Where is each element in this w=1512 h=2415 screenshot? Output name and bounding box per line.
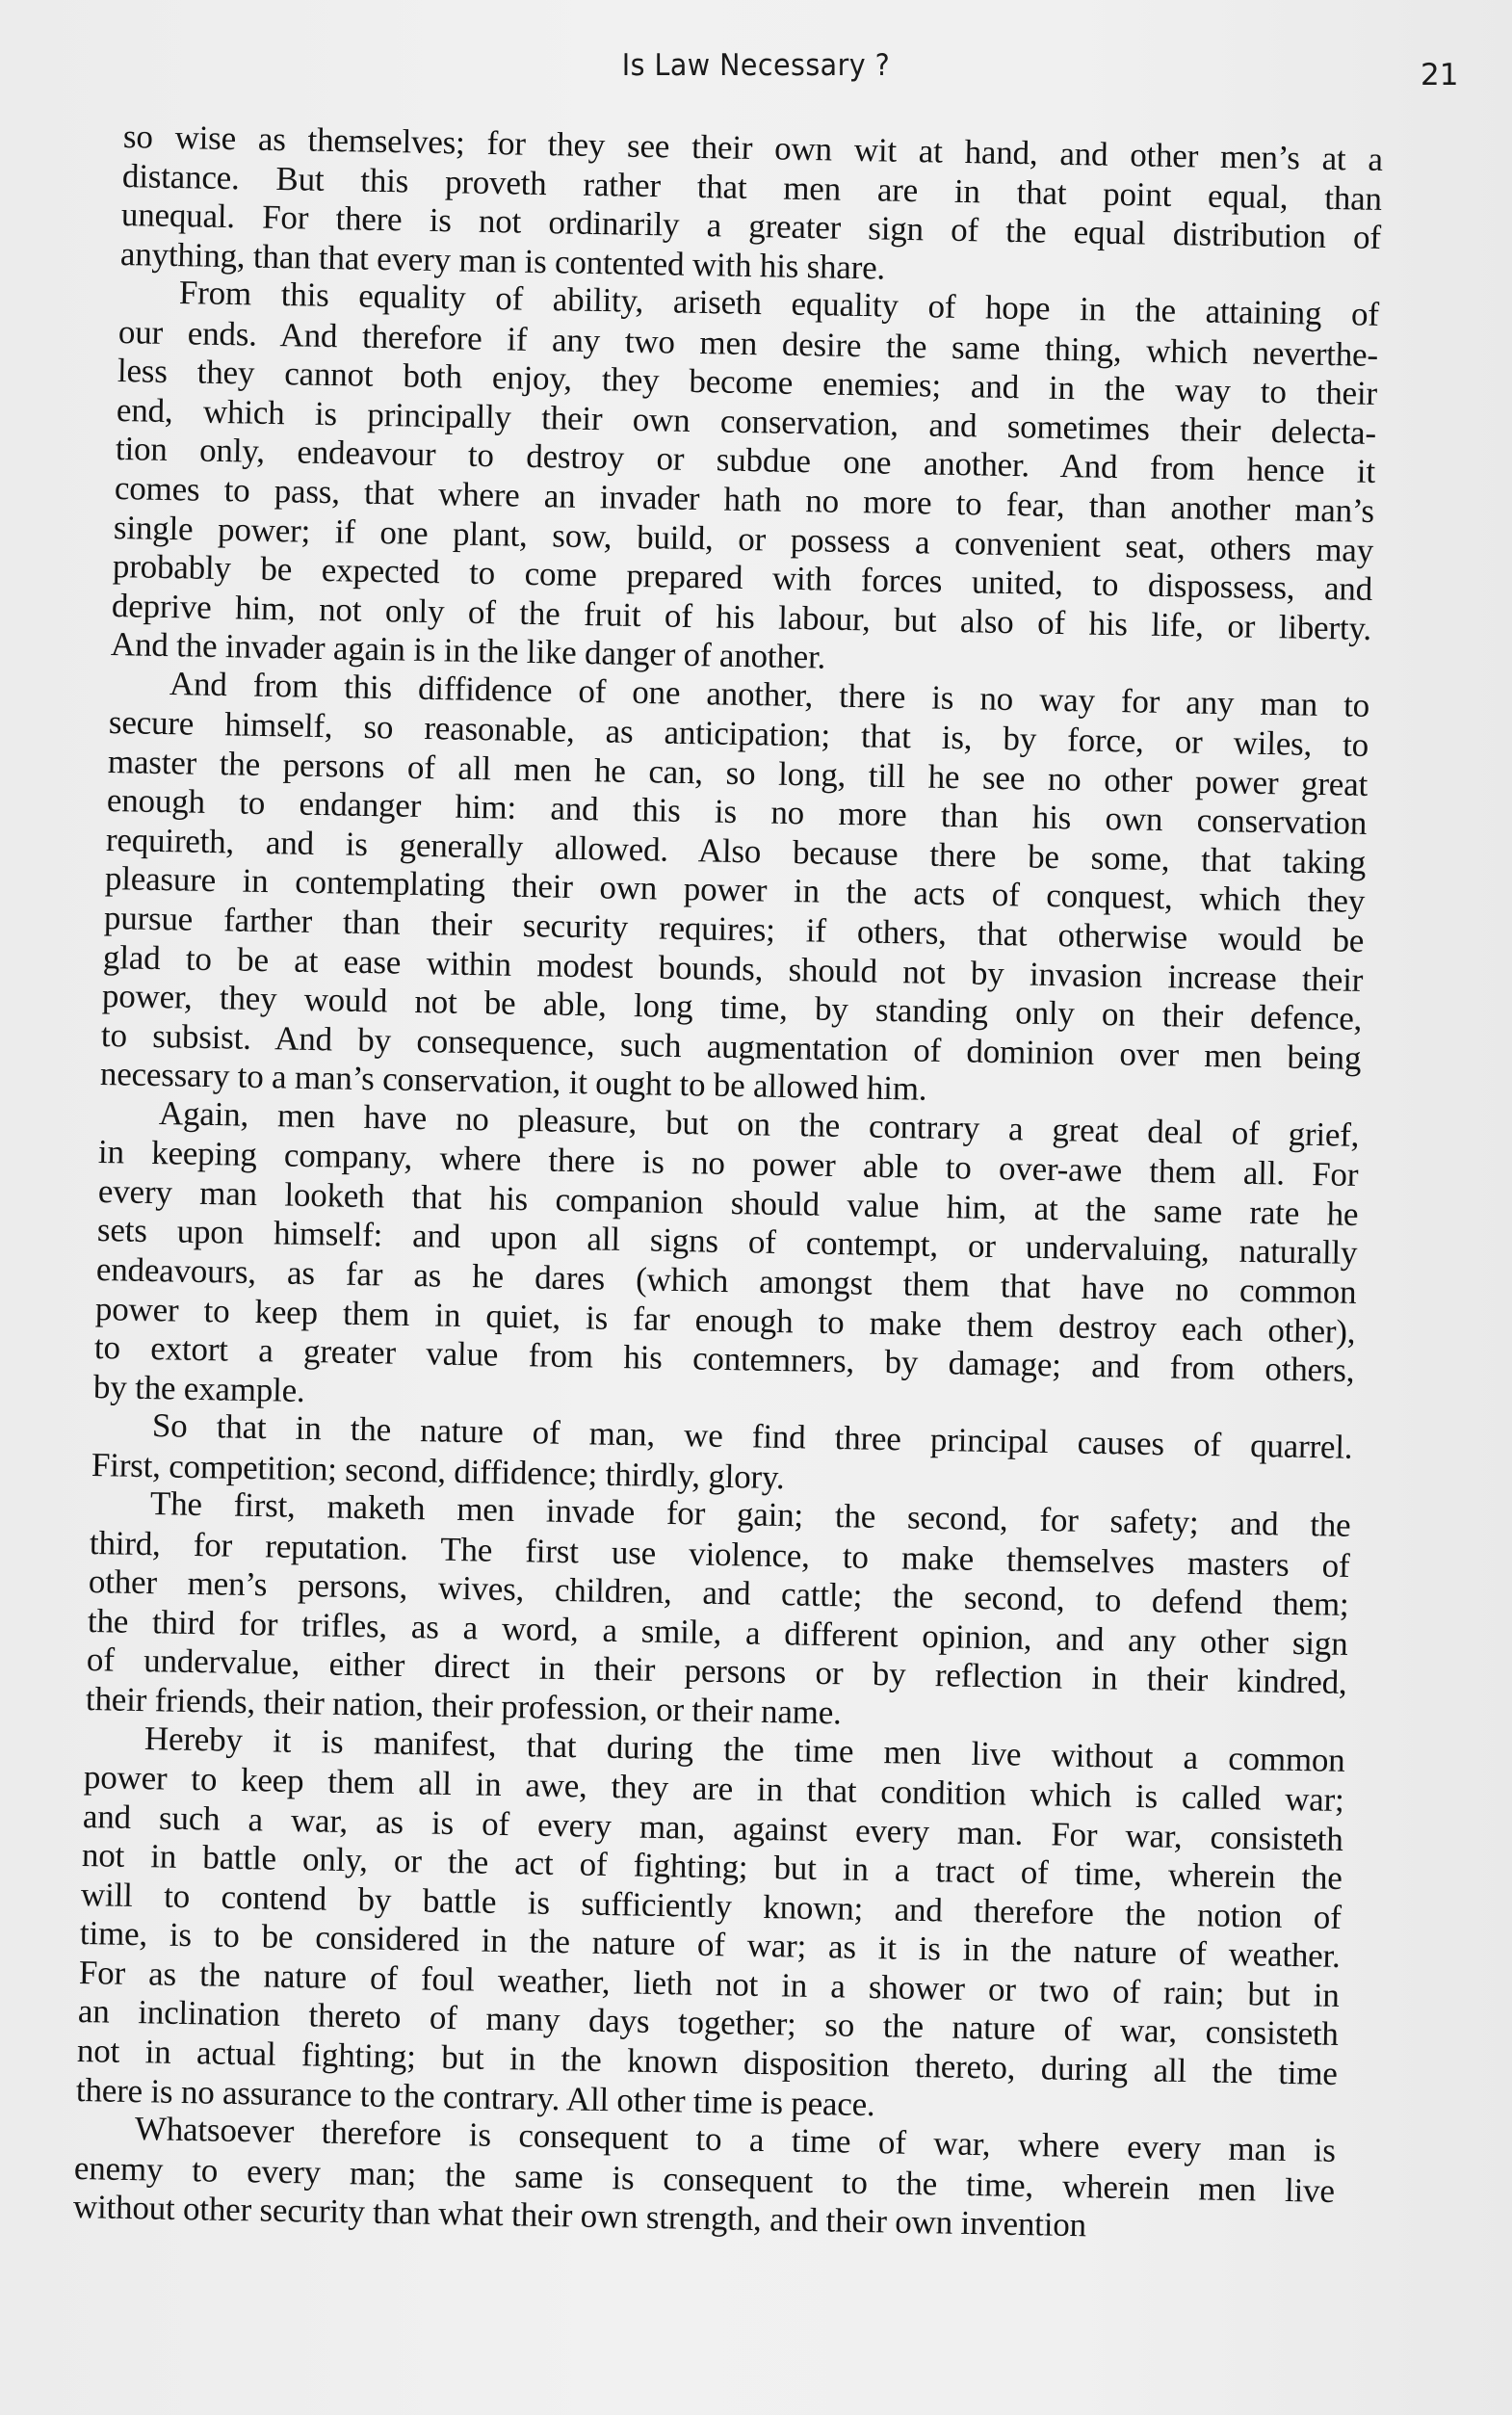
body-text: so wise as themselves; for they see thei…	[0, 0, 1512, 2415]
text-line: by the example.	[92, 1368, 304, 1410]
book-page: Is Law Necessary ? 21 so wise as themsel…	[0, 0, 1512, 2415]
